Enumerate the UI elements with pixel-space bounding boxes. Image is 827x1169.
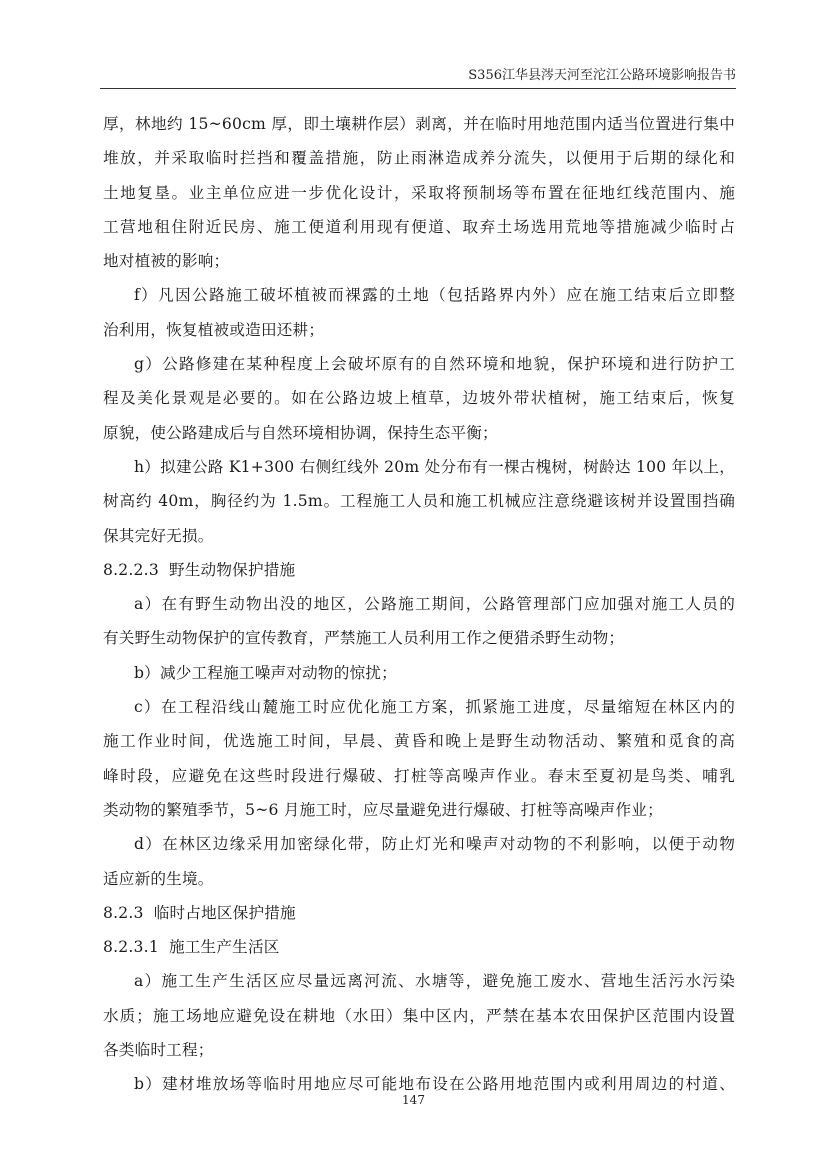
text-line: 适应新的生境。 (103, 862, 735, 896)
section-number: 8.2.3 (103, 896, 144, 930)
text-line: 有关野生动物保护的宣传教育，严禁施工人员利用工作之便猎杀野生动物； (103, 621, 735, 655)
text-line: 治利用，恢复植被或造田还耕； (103, 313, 735, 347)
document-title: S356江华县涔天河至沱江公路环境影响报告书 (468, 68, 736, 83)
text-line: f）凡因公路施工破坏植被而裸露的土地（包括路界内外）应在施工结束后立即整 (103, 278, 735, 312)
section-title: 临时占地区保护措施 (154, 904, 296, 922)
text-line: 保其完好无损。 (103, 519, 735, 553)
section-title: 施工生产生活区 (169, 938, 280, 956)
page-number: 147 (402, 1093, 425, 1107)
page-footer: 147 (0, 1093, 827, 1107)
document-body: 厚，林地约 15~60cm 厚，即土壤耕作层）剥离，并在临时用地范围内适当位置进… (103, 107, 735, 1102)
text-line: h）拟建公路 K1+300 右侧红线外 20m 处分布有一棵古槐树，树龄达 10… (103, 450, 735, 484)
section-number: 8.2.3.1 (103, 930, 159, 964)
text-line: 原貌，使公路建成后与自然环境相协调，保持生态平衡； (103, 416, 735, 450)
text-line: g）公路修建在某种程度上会破坏原有的自然环境和地貌，保护环境和进行防护工 (103, 347, 735, 381)
text-line: 堆放，并采取临时拦挡和覆盖措施，防止雨淋造成养分流失，以便用于后期的绿化和 (103, 141, 735, 175)
text-line: a）施工生产生活区应尽量远离河流、水塘等，避免施工废水、营地生活污水污染 (103, 964, 735, 998)
text-line: b）减少工程施工噪声对动物的惊扰； (103, 656, 735, 690)
running-header: S356江华县涔天河至沱江公路环境影响报告书 (100, 66, 736, 89)
text-line: 类动物的繁殖季节，5~6 月施工时，应尽量避免进行爆破、打桩等高噪声作业； (103, 793, 735, 827)
section-heading: 8.2.3临时占地区保护措施 (103, 896, 735, 930)
text-line: 施工作业时间，优选施工时间，早晨、黄昏和晚上是野生动物活动、繁殖和觅食的高 (103, 724, 735, 758)
text-line: 峰时段，应避免在这些时段进行爆破、打桩等高噪声作业。春末至夏初是鸟类、哺乳 (103, 759, 735, 793)
section-title: 野生动物保护措施 (169, 561, 295, 579)
text-line: 地对植被的影响； (103, 244, 735, 278)
text-line: d）在林区边缘采用加密绿化带，防止灯光和噪声对动物的不利影响，以便于动物 (103, 827, 735, 861)
text-line: 各类临时工程； (103, 1033, 735, 1067)
text-line: a）在有野生动物出没的地区，公路施工期间，公路管理部门应加强对施工人员的 (103, 587, 735, 621)
text-line: 土地复垦。业主单位应进一步优化设计，采取将预制场等布置在征地红线范围内、施 (103, 176, 735, 210)
text-line: 程及美化景观是必要的。如在公路边坡上植草，边坡外带状植树，施工结束后，恢复 (103, 381, 735, 415)
section-heading: 8.2.3.1施工生产生活区 (103, 930, 735, 964)
text-line: 工营地租住附近民房、施工便道利用现有便道、取弃土场选用荒地等措施减少临时占 (103, 210, 735, 244)
section-heading: 8.2.2.3野生动物保护措施 (103, 553, 735, 587)
text-line: 厚，林地约 15~60cm 厚，即土壤耕作层）剥离，并在临时用地范围内适当位置进… (103, 107, 735, 141)
section-number: 8.2.2.3 (103, 553, 159, 587)
text-line: 树高约 40m，胸径约为 1.5m。工程施工人员和施工机械应注意绕避该树并设置围… (103, 484, 735, 518)
text-line: c）在工程沿线山麓施工时应优化施工方案，抓紧施工进度，尽量缩短在林区内的 (103, 690, 735, 724)
text-line: 水质；施工场地应避免设在耕地（水田）集中区内，严禁在基本农田保护区范围内设置 (103, 999, 735, 1033)
